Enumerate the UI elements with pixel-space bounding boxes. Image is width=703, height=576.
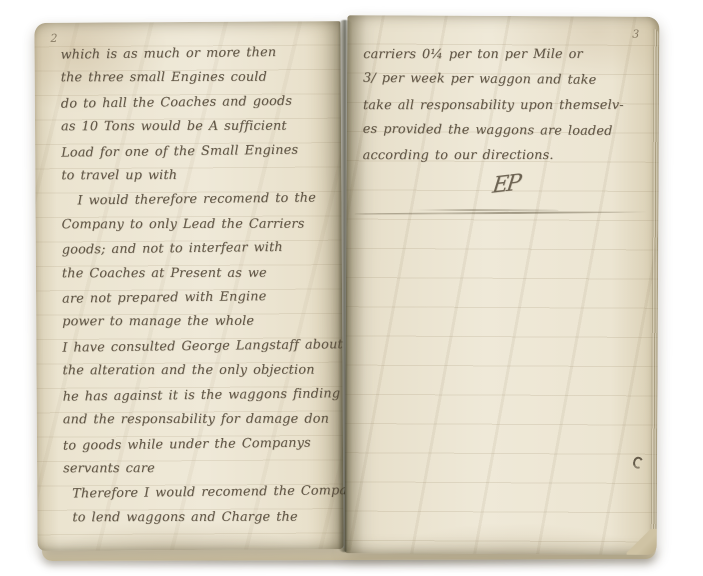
dog-ear-fold xyxy=(627,529,657,555)
right-page-text: carriers 0¼ per ton per Mile or 3/ per w… xyxy=(363,41,648,169)
manuscript-line: according to our directions. xyxy=(363,143,647,169)
manuscript-line: the Coaches at Present as we xyxy=(62,261,338,286)
page-number-right: 3 xyxy=(632,28,639,41)
manuscript-line: do to hall the Coaches and goods xyxy=(61,89,337,117)
manuscript-line: I would therefore recomend to the xyxy=(61,187,337,215)
manuscript-line: goods; and not to interfear with xyxy=(62,235,338,263)
left-page-text: which is as much or more then the three … xyxy=(61,41,340,531)
page-number-left: 2 xyxy=(50,32,57,45)
manuscript-line: to goods while under the Companys xyxy=(63,431,339,459)
manuscript-line: Company to only Lead the Carriers xyxy=(62,212,338,237)
left-page: 2 which is as much or more then the thre… xyxy=(34,21,343,551)
handdrawn-separator-line xyxy=(354,211,646,215)
manuscript-line: 3/ per week per waggon and take xyxy=(363,66,647,94)
manuscript-line: servants care xyxy=(63,456,339,481)
manuscript-line: to lend waggons and Charge the xyxy=(63,505,339,530)
manuscript-line: to travel up with xyxy=(61,164,337,189)
page-edge-stack xyxy=(651,29,659,539)
right-page: 3 carriers 0¼ per ton per Mile or 3/ per… xyxy=(345,15,660,555)
manuscript-line: Therefore I would recomend the Company xyxy=(63,480,339,508)
manuscript-line: the alteration and the only objection xyxy=(62,359,338,384)
manuscript-line: the three small Engines could xyxy=(61,66,337,91)
manuscript-line: he has against it is the waggons finding xyxy=(63,382,339,410)
notebook: 2 which is as much or more then the thre… xyxy=(34,14,664,562)
manuscript-line: take all responsability upon themselv- xyxy=(363,92,647,118)
signature-initials: EP xyxy=(491,170,521,199)
manuscript-line: are not prepared with Engine xyxy=(62,284,338,312)
manuscript-line: carriers 0¼ per ton per Mile or xyxy=(363,42,647,68)
manuscript-line: and the responsability for damage don xyxy=(63,408,339,433)
manuscript-line: as 10 Tons would be A sufficient xyxy=(61,115,337,140)
photo-of-open-notebook: 2 which is as much or more then the thre… xyxy=(0,0,703,576)
manuscript-line: I have consulted George Langstaff about xyxy=(62,333,338,361)
ink-blot-mark xyxy=(631,455,644,470)
manuscript-line: which is as much or more then xyxy=(60,40,336,68)
manuscript-line: Load for one of the Small Engines xyxy=(61,138,337,166)
manuscript-line: power to manage the whole xyxy=(62,310,338,335)
manuscript-line: es provided the waggons are loaded xyxy=(363,117,647,145)
